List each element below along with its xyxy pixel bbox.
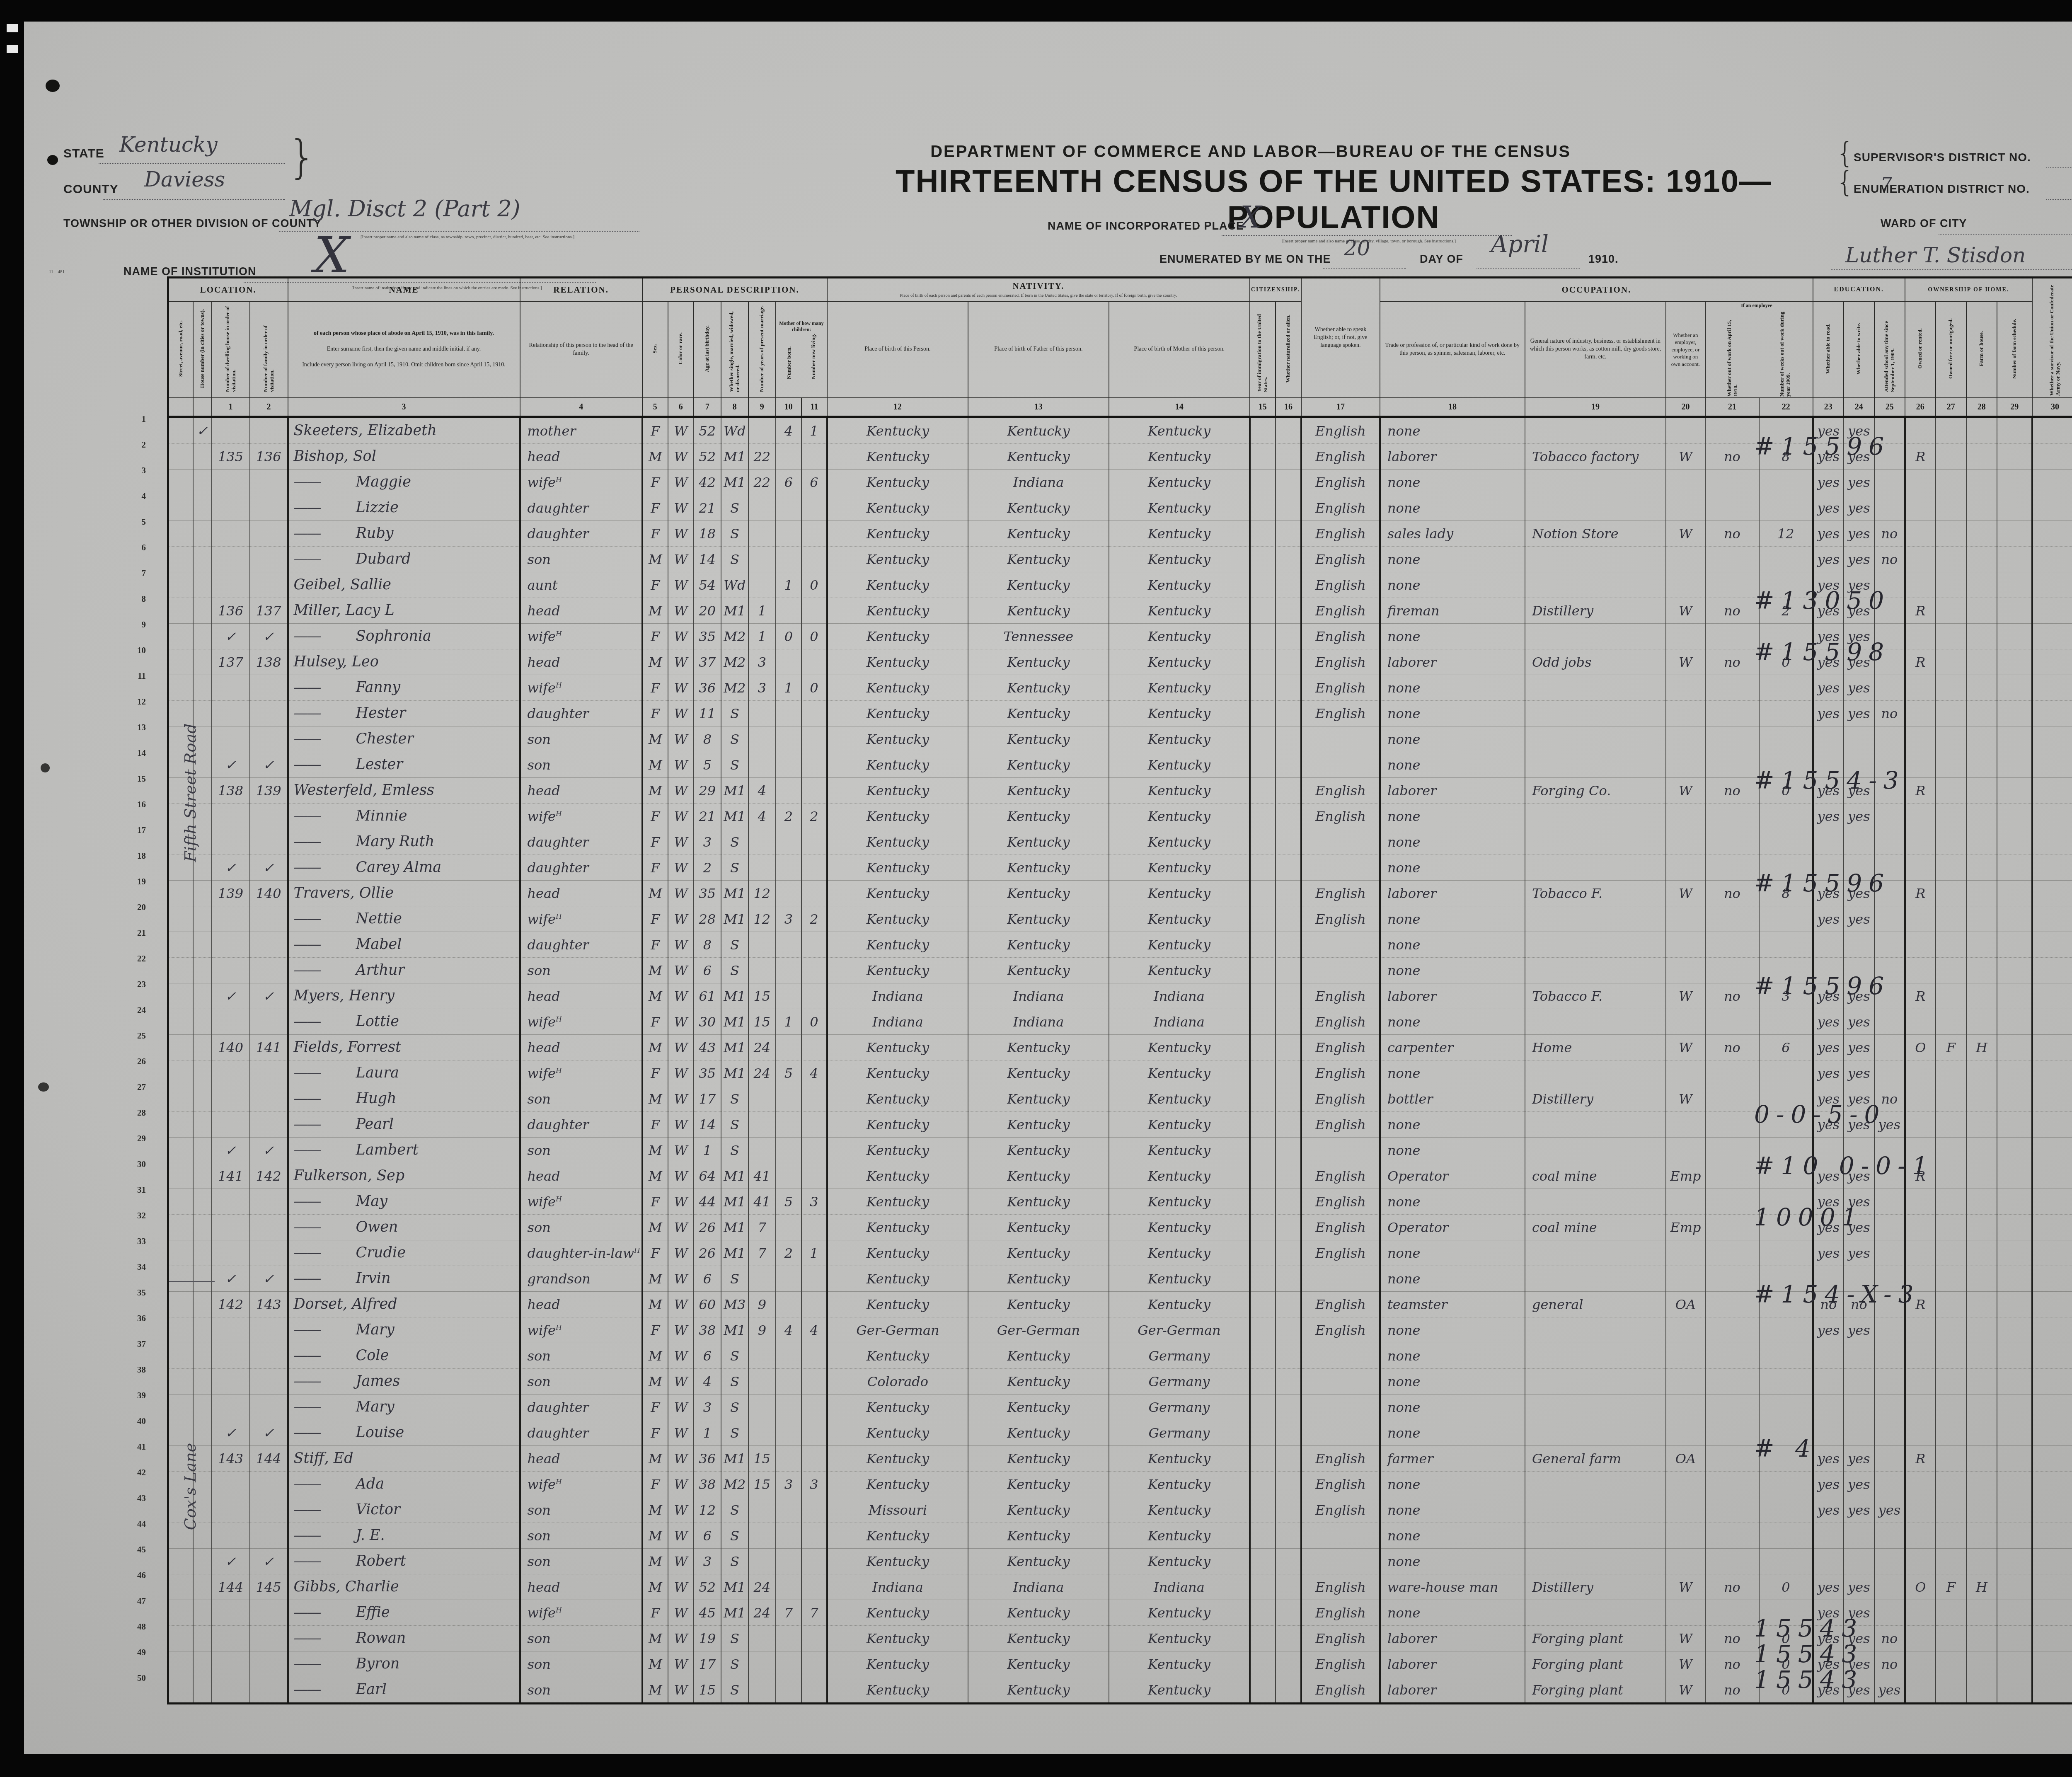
cell-mar: M1 [721,778,748,804]
cell-st [168,1189,193,1215]
cell-bp: Kentucky [827,470,968,495]
cell-occ: sales lady [1380,521,1525,547]
cell-mar: M2 [721,624,748,649]
state-label: STATE [63,147,104,161]
cell-imm [1250,958,1276,983]
cell-cb [776,1343,801,1369]
cell-cl: 3 [801,1189,827,1215]
cell-own [1905,1317,1936,1343]
cell-fbp: Kentucky [968,1240,1109,1266]
cell-st [168,1086,193,1112]
cell-sex: M [642,1549,668,1574]
cell-ind [1525,726,1666,752]
cell-mbp: Kentucky [1109,521,1250,547]
cell-mbp: Kentucky [1109,1677,1250,1704]
cell-mar: M1 [721,1446,748,1472]
cell-name: Westerfeld, Emless [288,778,520,804]
cell-cls [1666,1343,1705,1369]
cell-lang [1301,726,1380,752]
cell-fh [1966,417,1997,444]
cell-fm [1936,572,1966,598]
cell-vet [2032,1446,2072,1472]
cell-fam [250,1343,288,1369]
line-number: 24 [128,1005,146,1015]
margin-annotation: #10 0-0-1 [1754,1152,1934,1180]
table-row: JamessonMW4SColoradoKentuckyGermanynone [168,1369,2072,1394]
line-number: 29 [128,1133,146,1144]
cell-bp: Kentucky [827,675,968,701]
cell-mbp: Kentucky [1109,1240,1250,1266]
cell-rd: yes [1813,701,1844,726]
cell-rel: daughter [520,495,642,521]
cell-sex: M [642,1138,668,1163]
cell-vet [2032,1600,2072,1626]
cell-mbp: Kentucky [1109,470,1250,495]
cell-out [1705,1497,1759,1523]
cell-rel: wifeH [520,1317,642,1343]
cell-cls [1666,1189,1705,1215]
cell-col: W [668,1600,694,1626]
cell-name: Hugh [288,1086,520,1112]
cell-yrs [748,958,776,983]
cell-occ: none [1380,1009,1525,1035]
cell-wr: yes [1844,804,1874,829]
table-row: J. E.sonMW6SKentuckyKentuckyKentuckynone [168,1523,2072,1549]
cell-cls [1666,1009,1705,1035]
cell-fbp: Kentucky [968,1420,1109,1446]
cell-out [1705,1420,1759,1446]
cell-fh [1966,1497,1997,1523]
line-number: 1 [128,414,146,424]
cell-cls [1666,1600,1705,1626]
cell-bp: Kentucky [827,881,968,906]
cell-dw [212,1651,250,1677]
cell-nat [1276,1009,1301,1035]
cell-sn [1997,1112,2032,1138]
cell-dw [212,958,250,983]
cell-own [1905,572,1936,598]
cell-cls: W [1666,778,1705,804]
cell-dw [212,1086,250,1112]
cell-name: Lottie [288,1009,520,1035]
cell-age: 35 [694,1060,721,1086]
cell-cl [801,1549,827,1574]
cell-lang [1301,1523,1380,1549]
cell-mar: M1 [721,1240,748,1266]
cell-name: Lester [288,752,520,778]
cell-lang: English [1301,1677,1380,1704]
cell-cl [801,983,827,1009]
cell-sch [1874,1215,1905,1240]
cell-mar: M1 [721,1035,748,1060]
line-number: 2 [128,440,146,450]
cell-ind [1525,470,1666,495]
cell-st [168,983,193,1009]
cell-dw [212,417,250,444]
cell-sex: M [642,1215,668,1240]
cell-name: Mary [288,1394,520,1420]
cell-sch [1874,906,1905,932]
table-row: MarywifeHFW38M1944Ger-GermanGer-GermanGe… [168,1317,2072,1343]
cell-cls: W [1666,598,1705,624]
cell-cl [801,1112,827,1138]
cell-lang: English [1301,1163,1380,1189]
cell-age: 17 [694,1086,721,1112]
cell-rel: head [520,1292,642,1317]
cell-mar: M1 [721,1009,748,1035]
cell-hn [193,1009,212,1035]
cell-mbp: Germany [1109,1369,1250,1394]
cell-dw [212,1626,250,1651]
cell-dw [212,1112,250,1138]
cell-mar: S [721,1677,748,1704]
cell-col: W [668,752,694,778]
cell-fm [1936,701,1966,726]
cell-lang: English [1301,1009,1380,1035]
cell-fbp: Kentucky [968,752,1109,778]
cell-mbp: Kentucky [1109,649,1250,675]
cell-mar: S [721,1343,748,1369]
township-label: TOWNSHIP OR OTHER DIVISION OF COUNTY [63,217,322,230]
line-number: 23 [128,979,146,990]
cell-lang: English [1301,675,1380,701]
cell-sex: M [642,1651,668,1677]
cell-sex: M [642,547,668,572]
cell-fbp: Kentucky [968,547,1109,572]
margin-annotation: #15596 [1754,432,1890,460]
cell-bp: Kentucky [827,1651,968,1677]
cell-dw [212,1009,250,1035]
cell-fm: F [1936,1035,1966,1060]
cell-fh [1966,778,1997,804]
cell-sn [1997,1677,2032,1704]
cell-ind [1525,1369,1666,1394]
cell-sn [1997,829,2032,855]
cell-ind: Home [1525,1035,1666,1060]
cell-sex: F [642,855,668,881]
cell-cls [1666,701,1705,726]
cell-col: W [668,1292,694,1317]
cell-rel: mother [520,417,642,444]
cell-wks [1759,1009,1813,1035]
cell-out [1705,932,1759,958]
table-row: NettiewifeHFW28M11232KentuckyKentuckyKen… [168,906,2072,932]
cell-age: 20 [694,598,721,624]
cell-rel: son [520,547,642,572]
cell-age: 30 [694,1009,721,1035]
cell-ind [1525,675,1666,701]
cell-own [1905,547,1936,572]
cell-mar: M1 [721,1215,748,1240]
cell-cb [776,1112,801,1138]
cell-cls [1666,547,1705,572]
cell-own [1905,932,1936,958]
cell-bp: Kentucky [827,521,968,547]
cell-cb [776,1626,801,1651]
cell-imm [1250,1163,1276,1189]
cell-nat [1276,1215,1301,1240]
cell-fam [250,804,288,829]
enumerator-signature: Luther T. Stisdon [1845,243,2026,267]
cell-fm [1936,778,1966,804]
cell-bp: Kentucky [827,1189,968,1215]
cell-name: Dubard [288,547,520,572]
cell-rel: head [520,649,642,675]
cell-imm [1250,726,1276,752]
cell-bp: Kentucky [827,495,968,521]
cell-nat [1276,1549,1301,1574]
cell-own [1905,1651,1936,1677]
cell-nat [1276,1163,1301,1189]
cell-own [1905,495,1936,521]
line-number: 40 [128,1416,146,1426]
cell-mbp: Kentucky [1109,1523,1250,1549]
county-label: COUNTY [63,182,119,196]
cell-mar: M1 [721,1189,748,1215]
cell-own [1905,1060,1936,1086]
cell-col: W [668,1163,694,1189]
cell-imm [1250,1446,1276,1472]
cell-sch [1874,932,1905,958]
cell-bp: Kentucky [827,726,968,752]
cell-sex: F [642,829,668,855]
cell-out [1705,547,1759,572]
cell-imm [1250,1266,1276,1292]
cell-occ: none [1380,417,1525,444]
cell-fam: ✓ [250,855,288,881]
cell-imm [1250,417,1276,444]
line-number: 38 [128,1365,146,1375]
cell-wr [1844,1523,1874,1549]
cell-occ: none [1380,624,1525,649]
cell-st [168,1009,193,1035]
cell-cl [801,1523,827,1549]
cell-bp: Kentucky [827,752,968,778]
line-number: 12 [128,697,146,707]
cell-col: W [668,983,694,1009]
cell-sn [1997,1240,2032,1266]
cell-cls: W [1666,649,1705,675]
enumerated-day: 20 [1344,236,1370,260]
cell-own [1905,1472,1936,1497]
cell-out [1705,624,1759,649]
cell-cb [776,778,801,804]
cell-dw [212,521,250,547]
cell-cb [776,1086,801,1112]
cell-imm [1250,1497,1276,1523]
cell-sex: F [642,701,668,726]
cell-yrs [748,1112,776,1138]
cell-cb [776,1138,801,1163]
cell-sch [1874,1009,1905,1035]
cell-sn [1997,495,2032,521]
cell-occ: laborer [1380,983,1525,1009]
cell-out: no [1705,983,1759,1009]
cell-yrs: 24 [748,1060,776,1086]
cell-bp: Kentucky [827,1523,968,1549]
cell-cb [776,1163,801,1189]
cell-lang [1301,1394,1380,1420]
cell-dw: ✓ [212,1420,250,1446]
cell-col: W [668,1112,694,1138]
cell-fm [1936,1651,1966,1677]
cell-sex: M [642,1369,668,1394]
cell-bp: Kentucky [827,649,968,675]
cell-age: 6 [694,1343,721,1369]
cell-cl [801,1677,827,1704]
cell-name: Lizzie [288,495,520,521]
cell-occ: teamster [1380,1292,1525,1317]
line-number: 7 [128,568,146,579]
cell-cls [1666,1394,1705,1420]
cell-sn [1997,1626,2032,1651]
cell-wks [1759,495,1813,521]
cell-occ: none [1380,932,1525,958]
cell-nat [1276,495,1301,521]
cell-nat [1276,1112,1301,1138]
cell-out [1705,1112,1759,1138]
cell-sex: M [642,1266,668,1292]
cell-fbp: Ger-German [968,1317,1109,1343]
cell-hn [193,470,212,495]
cell-cls: W [1666,1677,1705,1704]
cell-fh [1966,1189,1997,1215]
cell-fm [1936,881,1966,906]
cell-fh [1966,958,1997,983]
cell-bp: Indiana [827,1009,968,1035]
cell-st [168,572,193,598]
cell-sex: M [642,1497,668,1523]
cell-name: Effie [288,1600,520,1626]
cell-fm [1936,675,1966,701]
cell-fm [1936,1677,1966,1704]
cell-dw: 143 [212,1446,250,1472]
cell-imm [1250,752,1276,778]
cell-yrs: 4 [748,804,776,829]
cell-fm [1936,649,1966,675]
cell-dw [212,804,250,829]
cell-yrs [748,752,776,778]
cell-own [1905,1394,1936,1420]
cell-mbp: Kentucky [1109,855,1250,881]
cell-sex: M [642,726,668,752]
cell-nat [1276,701,1301,726]
cell-lang: English [1301,572,1380,598]
cell-fam [250,1086,288,1112]
cell-sex: M [642,752,668,778]
cell-cls [1666,726,1705,752]
line-number: 47 [128,1596,146,1606]
cell-vet [2032,495,2072,521]
cell-age: 14 [694,1112,721,1138]
cell-sex: F [642,1060,668,1086]
cell-sn [1997,572,2032,598]
cell-nat [1276,1138,1301,1163]
cell-cl [801,1446,827,1472]
cell-occ: none [1380,675,1525,701]
cell-rel: son [520,1497,642,1523]
cell-name: Ruby [288,521,520,547]
cell-dw [212,726,250,752]
cell-name: Rowan [288,1626,520,1651]
cell-vet [2032,1086,2072,1112]
cell-st [168,1215,193,1240]
cell-bp: Kentucky [827,932,968,958]
cell-occ: none [1380,547,1525,572]
cell-vet [2032,624,2072,649]
cell-fbp: Kentucky [968,1215,1109,1240]
cell-wks [1759,726,1813,752]
cell-col: W [668,1138,694,1163]
township-value: Mgl. Disct 2 (Part 2) [289,196,520,222]
cell-own: R [1905,649,1936,675]
cell-lang: English [1301,1446,1380,1472]
cell-name: May [288,1189,520,1215]
brace: { [1836,167,1854,196]
cell-out [1705,1060,1759,1086]
cell-out: no [1705,521,1759,547]
cell-own [1905,1626,1936,1651]
cell-cb [776,701,801,726]
cell-age: 6 [694,1523,721,1549]
cell-wr: yes [1844,521,1874,547]
cell-sex: F [642,1317,668,1343]
cell-ind [1525,1600,1666,1626]
cell-wr: yes [1844,1009,1874,1035]
cell-col: W [668,572,694,598]
cell-sch [1874,1600,1905,1626]
cell-col: W [668,598,694,624]
cell-fm [1936,624,1966,649]
cell-nat [1276,1189,1301,1215]
cell-wr [1844,1343,1874,1369]
cell-fm [1936,906,1966,932]
cell-cl: 2 [801,804,827,829]
cell-yrs: 1 [748,598,776,624]
cell-fbp: Kentucky [968,1343,1109,1369]
cell-name: Stiff, Ed [288,1446,520,1472]
cell-nat [1276,1292,1301,1317]
cell-fh [1966,1394,1997,1420]
cell-mbp: Kentucky [1109,1035,1250,1060]
cell-sex: F [642,1394,668,1420]
cell-occ: laborer [1380,1626,1525,1651]
cell-vet [2032,932,2072,958]
cell-bp: Kentucky [827,1086,968,1112]
cell-fm [1936,804,1966,829]
cell-cl: 0 [801,1009,827,1035]
cell-vet [2032,1523,2072,1549]
cell-sn [1997,1035,2032,1060]
cell-dw [212,1677,250,1704]
cell-rd: yes [1813,1446,1844,1472]
cell-nat [1276,1240,1301,1266]
cell-fh [1966,624,1997,649]
cell-age: 43 [694,1035,721,1060]
cell-occ: farmer [1380,1446,1525,1472]
cell-st [168,521,193,547]
cell-fbp: Indiana [968,983,1109,1009]
cell-name: Sophronia [288,624,520,649]
cell-occ: none [1380,470,1525,495]
cell-mar: S [721,1626,748,1651]
cell-fh [1966,906,1997,932]
cell-out [1705,1317,1759,1343]
cell-lang [1301,829,1380,855]
cell-sn [1997,701,2032,726]
cell-imm [1250,881,1276,906]
cell-vet [2032,1497,2072,1523]
